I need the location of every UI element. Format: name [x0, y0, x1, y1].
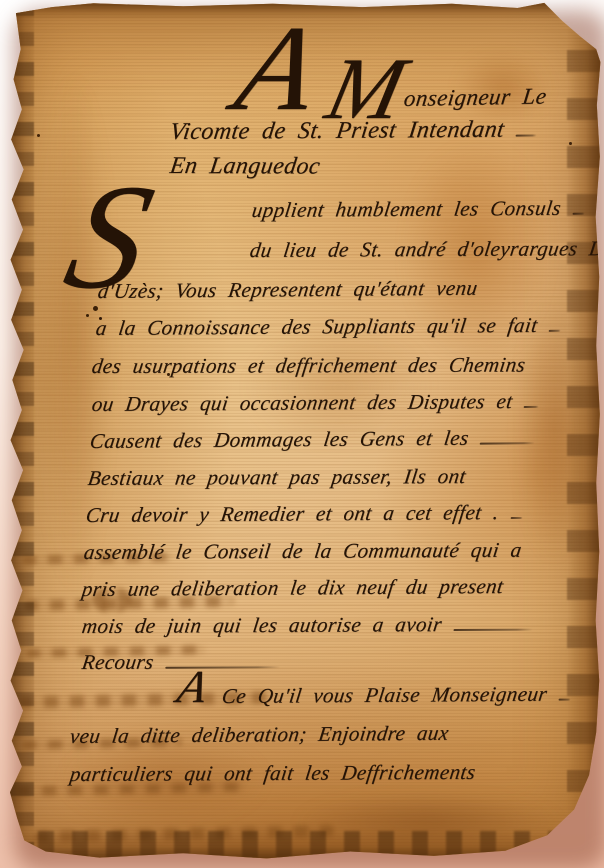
manuscript-photo: A M onseigneur Le Vicomte de St. Priest …: [0, 0, 604, 868]
handwritten-text: A M onseigneur Le Vicomte de St. Priest …: [4, 2, 601, 861]
body-line: Bestiaux ne pouvant pas passer, Ils ont: [86, 464, 467, 491]
pen-stroke: [480, 442, 535, 444]
body-line: ou Drayes qui occasionnent des Disputes …: [90, 389, 561, 417]
petition-line: particuliers qui ont fait les Deffrichem…: [68, 760, 477, 787]
body-line-text: upplient humblement les Consuls: [250, 196, 562, 223]
body-line: d'Uzès; Vous Representent qu'étant venu: [96, 276, 479, 304]
salutation-initial-a: A: [228, 14, 328, 124]
pen-stroke: [510, 516, 522, 518]
petition-line-text: veu la ditte deliberation; Enjoindre aux: [68, 721, 450, 749]
body-line: Cru devoir y Remedier et ont a cet effet…: [84, 500, 543, 528]
body-line: upplient humblement les Consuls: [250, 196, 563, 223]
body-line: a la Connoissance des Suppliants qu'il s…: [94, 313, 563, 341]
body-line-text: Cru devoir y Remedier et ont a cet effet…: [84, 500, 500, 528]
petition-line-text: Ce Qu'il vous Plaise Monseigneur: [220, 682, 548, 709]
pen-stroke: [515, 134, 536, 136]
petition-line: veu la ditte deliberation; Enjoindre aux: [68, 721, 450, 749]
pen-stroke: [453, 628, 533, 630]
salutation-line-3: En Languedoc: [168, 153, 322, 181]
body-line-text: mois de juin qui les autorise a avoir: [80, 612, 443, 639]
salutation-line-1-text: onseigneur Le: [402, 84, 548, 112]
salutation-line-2-text: Vicomte de St. Priest Intendant: [168, 117, 506, 146]
body-line-text: pris une deliberation le dix neuf du pre…: [80, 574, 505, 602]
body-line-text: Recours: [80, 650, 155, 675]
salutation-line-3-text: En Languedoc: [168, 153, 322, 181]
body-line-text: a la Connoissance des Suppliants qu'il s…: [94, 313, 539, 341]
body-line: assemblé le Conseil de la Communauté qui…: [82, 538, 523, 565]
pen-stroke: [524, 405, 539, 407]
body-line-text: assemblé le Conseil de la Communauté qui…: [82, 538, 523, 565]
body-line-text: d'Uzès; Vous Representent qu'étant venu: [96, 276, 479, 304]
pen-stroke: [572, 212, 584, 214]
body-line-text: ou Drayes qui occasionnent des Disputes …: [90, 389, 514, 417]
parchment-page: A M onseigneur Le Vicomte de St. Priest …: [4, 2, 601, 861]
body-line-text: Bestiaux ne pouvant pas passer, Ils ont: [86, 464, 467, 491]
body-line-text: Causent des Dommages les Gens et les: [88, 426, 470, 454]
body-line: mois de juin qui les autorise a avoir: [80, 612, 555, 639]
body-line: pris une deliberation le dix neuf du pre…: [80, 574, 505, 602]
salutation-line-1: onseigneur Le: [402, 84, 548, 112]
body-line: Causent des Dommages les Gens et les: [88, 425, 557, 454]
pen-stroke: [549, 329, 561, 331]
body-line: des usurpations et deffrichement des Che…: [90, 352, 527, 379]
body-line: du lieu de St. andré d'oleyrargues Dse: [248, 236, 569, 263]
salutation-line-2: Vicomte de St. Priest Intendant: [168, 116, 559, 146]
petition-line-text: particuliers qui ont fait les Deffrichem…: [68, 760, 477, 787]
body-line-text: du lieu de St. andré d'oleyrargues Dse: [248, 236, 604, 263]
pen-stroke: [558, 698, 570, 700]
body-line-text: des usurpations et deffrichement des Che…: [90, 352, 527, 379]
petition-line: Ce Qu'il vous Plaise Monseigneur: [220, 682, 563, 709]
